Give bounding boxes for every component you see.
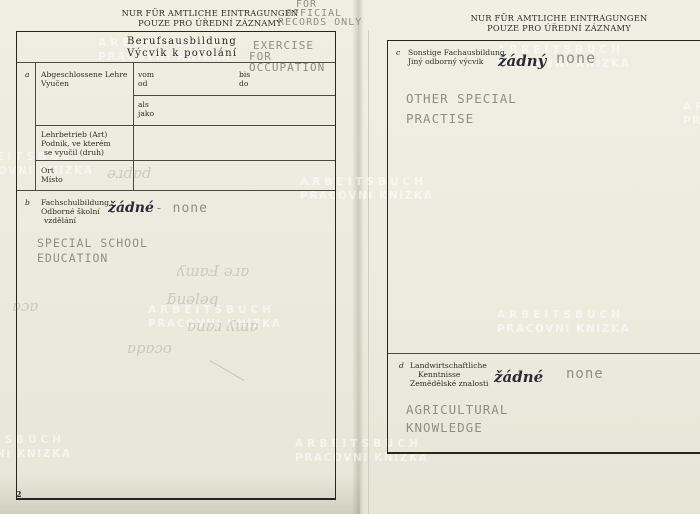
header-annotation: FOR OFFICIAL RECORDS ONLY <box>278 0 362 27</box>
bleed-through-handwriting: ɐɔɐ <box>12 297 38 315</box>
row-divider <box>35 125 335 126</box>
vocational-school-annotation: SPECIAL SCHOOL EDUCATION <box>37 236 148 266</box>
section-title: Berufsausbildung Výcvik k povolání <box>127 36 237 60</box>
bleed-through-handwriting: ʎɯɐℲ ǝɹɐ <box>177 262 249 280</box>
section-letter-c: c <box>396 48 400 57</box>
bleed-through-handwriting: ƃuǝlǝq <box>167 290 218 308</box>
agricultural-knowledge-translation: none <box>566 366 604 382</box>
section-letter-b: b <box>25 198 30 207</box>
bleed-through-handwriting: ǝɹdɐd <box>107 164 152 182</box>
vocational-school-value: žádné <box>108 200 154 216</box>
completed-apprenticeship-label: Abgeschlossene Lehre Vyučen <box>41 70 127 88</box>
vocational-school-label: Fachschulbildung Odborné školní vzdělání <box>41 198 109 225</box>
other-training-translation: none <box>556 49 596 67</box>
section-letter-a: a <box>25 70 30 79</box>
from-label: vom od <box>138 70 154 88</box>
agricultural-knowledge-label: Landwirtschaftliche Kenntnisse Zemědělsk… <box>410 361 488 388</box>
vocational-school-translation: - none <box>155 201 208 216</box>
bleed-through-handwriting: ɐpɐɔo <box>127 339 172 357</box>
row-divider <box>17 190 335 191</box>
agricultural-knowledge-value: žádné <box>494 368 543 386</box>
agricultural-knowledge-annotation: AGRICULTURAL KNOWLEDGE <box>406 401 508 437</box>
row-divider <box>35 160 335 161</box>
other-training-annotation: OTHER SPECIAL PRACTISE <box>406 89 517 129</box>
header-line-de: NUR FÜR AMTLICHE EINTRAGUNGEN <box>414 13 700 23</box>
training-company-label: Lehrbetrieb (Art) Podnik, ve kterém se v… <box>41 130 111 157</box>
right-header: NUR FÜR AMTLICHE EINTRAGUNGEN POUZE PRO … <box>414 13 700 33</box>
to-label: bis do <box>239 70 250 88</box>
pencil-mark <box>209 360 244 381</box>
place-label: Ort Místo <box>41 166 63 184</box>
row-divider <box>133 95 335 96</box>
section-title-annotation: EXERCISE FOR OCCUPATION <box>249 40 335 73</box>
row-divider <box>388 353 700 354</box>
as-label: als jako <box>138 100 154 118</box>
header-line-cz: POUZE PRO ÚŘEDNÍ ZÁZNAMY <box>414 23 700 33</box>
other-training-table: c Sonstige Fachausbildung Jiný odborný v… <box>387 40 700 454</box>
other-training-label: Sonstige Fachausbildung Jiný odborný výc… <box>408 48 505 66</box>
other-training-value: žádný <box>498 52 546 70</box>
page-number: 2 <box>16 489 22 499</box>
column-divider <box>35 62 36 190</box>
bleed-through-handwriting: ɐuɐɹ ʎɯɐ <box>187 317 258 335</box>
vocational-training-table: Berufsausbildung Výcvik k povolání EXERC… <box>16 31 336 500</box>
section-letter-d: d <box>399 361 404 370</box>
